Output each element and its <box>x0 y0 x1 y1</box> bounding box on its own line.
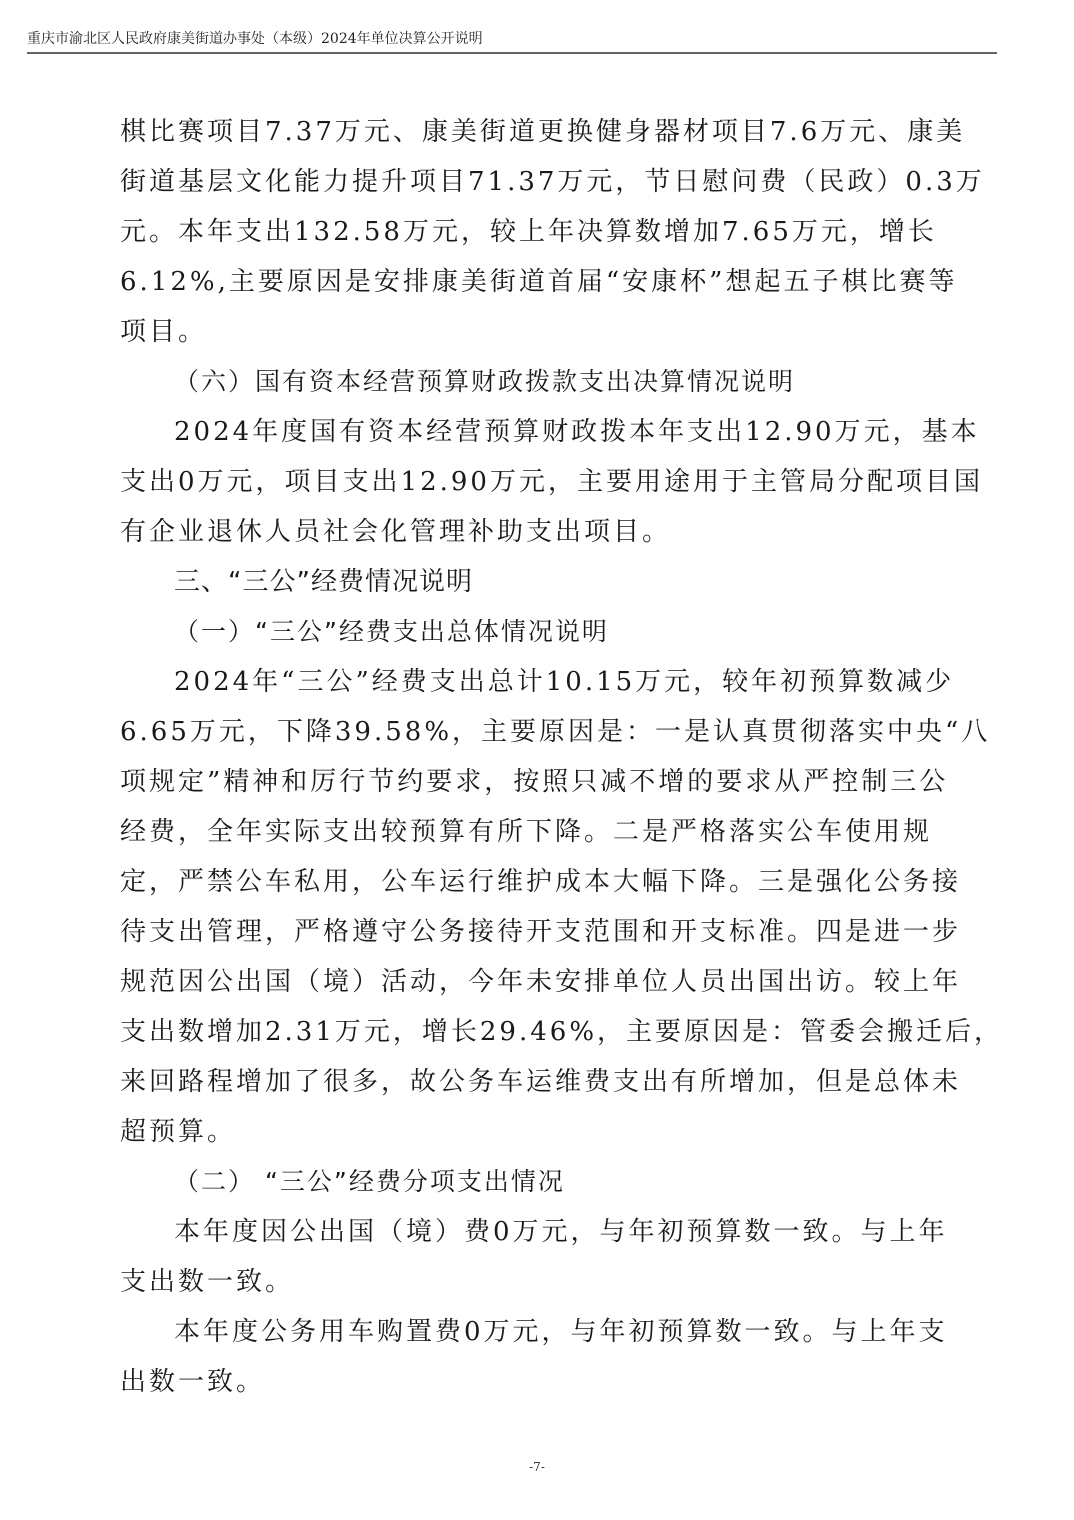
paragraph-line: 项目。 <box>120 307 960 357</box>
header-divider <box>27 52 997 54</box>
paragraph-line: 有企业退休人员社会化管理补助支出项目。 <box>120 507 960 557</box>
paragraph-line: 定，严禁公车私用，公车运行维护成本大幅下降。三是强化公务接 <box>120 857 960 907</box>
paragraph-line: 2024年“三公”经费支出总计10.15万元，较年初预算数减少 <box>120 657 960 707</box>
paragraph-line: 支出数增加2.31万元，增长29.46%，主要原因是：管委会搬迁后， <box>120 1007 960 1057</box>
paragraph-line: 超预算。 <box>120 1107 960 1157</box>
paragraph-line: 本年度公务用车购置费0万元，与年初预算数一致。与上年支 <box>120 1307 960 1357</box>
paragraph-line: 出数一致。 <box>120 1357 960 1407</box>
paragraph-line: 项规定”精神和厉行节约要求，按照只减不增的要求从严控制三公 <box>120 757 960 807</box>
paragraph-line: 2024年度国有资本经营预算财政拨本年支出12.90万元，基本 <box>120 407 960 457</box>
section-heading-2: （二） “三公”经费分项支出情况 <box>120 1157 960 1207</box>
section-heading-6: （六）国有资本经营预算财政拨款支出决算情况说明 <box>120 357 960 407</box>
paragraph-line: 元。本年支出132.58万元，较上年决算数增加7.65万元，增长 <box>120 207 960 257</box>
paragraph-line: 待支出管理，严格遵守公务接待开支范围和开支标准。四是进一步 <box>120 907 960 957</box>
paragraph-line: 支出0万元，项目支出12.90万元，主要用途用于主管局分配项目国 <box>120 457 960 507</box>
paragraph-line: 支出数一致。 <box>120 1257 960 1307</box>
paragraph-line: 本年度因公出国（境）费0万元，与年初预算数一致。与上年 <box>120 1207 960 1257</box>
paragraph-line: 来回路程增加了很多，故公务车运维费支出有所增加，但是总体未 <box>120 1057 960 1107</box>
section-heading-1: （一）“三公”经费支出总体情况说明 <box>120 607 960 657</box>
page-number: -7- <box>0 1460 1074 1474</box>
chapter-heading-3: 三、“三公”经费情况说明 <box>120 557 960 607</box>
paragraph-line: 街道基层文化能力提升项目71.37万元，节日慰问费（民政）0.3万 <box>120 157 960 207</box>
running-header: 重庆市渝北区人民政府康美街道办事处（本级）2024年单位决算公开说明 <box>27 28 483 48</box>
document-body: 棋比赛项目7.37万元、康美街道更换健身器材项目7.6万元、康美 街道基层文化能… <box>120 107 960 1407</box>
paragraph-line: 6.65万元，下降39.58%，主要原因是：一是认真贯彻落实中央“八 <box>120 707 960 757</box>
paragraph-line: 经费，全年实际支出较预算有所下降。二是严格落实公车使用规 <box>120 807 960 857</box>
paragraph-line: 6.12%,主要原因是安排康美街道首届“安康杯”想起五子棋比赛等 <box>120 257 960 307</box>
paragraph-line: 棋比赛项目7.37万元、康美街道更换健身器材项目7.6万元、康美 <box>120 107 960 157</box>
paragraph-line: 规范因公出国（境）活动，今年未安排单位人员出国出访。较上年 <box>120 957 960 1007</box>
